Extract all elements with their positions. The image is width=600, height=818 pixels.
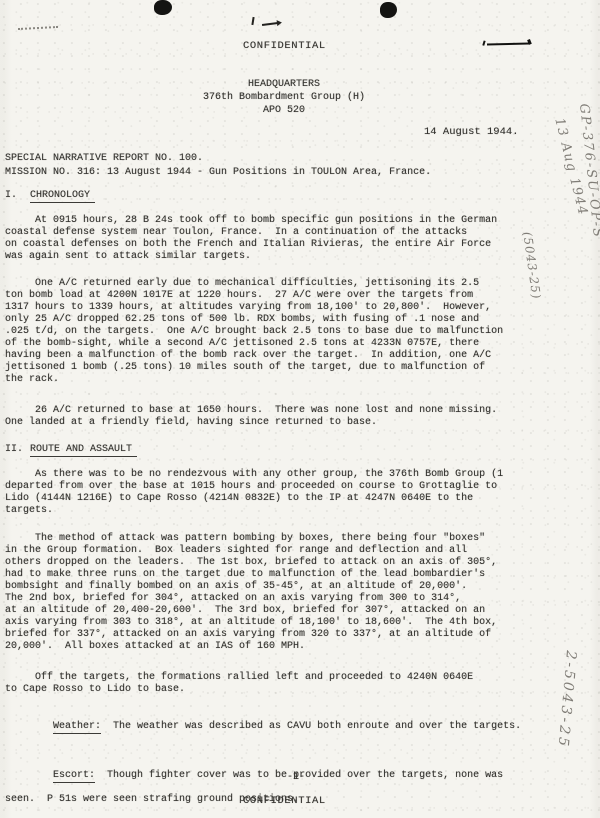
- hole-punch-right: [380, 2, 397, 18]
- paragraph-over-target: One A/C returned early due to mechanical…: [5, 278, 591, 386]
- section-number: I.: [5, 190, 30, 202]
- weather-label: Weather:: [53, 721, 101, 734]
- paragraph-route: As there was to be no rendezvous with an…: [5, 469, 591, 517]
- mission-title: MISSION NO. 316: 13 August 1944 - Gun Po…: [5, 167, 431, 179]
- hole-punch-left: [154, 0, 172, 15]
- weather-text: The weather was described as CAVU both e…: [101, 721, 521, 732]
- pen-tick-mark: [251, 17, 254, 25]
- letterhead-organization: HEADQUARTERS: [203, 78, 365, 91]
- letterhead: HEADQUARTERS 376th Bombardment Group (H)…: [203, 78, 365, 117]
- paragraph-rally: Off the targets, the formations rallied …: [5, 672, 591, 696]
- pen-scribble-mark: [18, 26, 58, 30]
- paragraph-return: 26 A/C returned to base at 1650 hours. T…: [5, 405, 591, 429]
- section-heading-chronology: I.CHRONOLOGY: [5, 190, 591, 202]
- report-title: SPECIAL NARRATIVE REPORT NO. 100.: [5, 153, 203, 165]
- classification-banner-top: CONFIDENTIAL: [243, 40, 326, 52]
- page-number: -1-: [287, 772, 305, 784]
- section-heading-label: CHRONOLOGY: [30, 190, 95, 203]
- section-heading-route-assault: II.ROUTE AND ASSAULT: [5, 444, 591, 456]
- report-body: I.CHRONOLOGY At 0915 hours, 28 B 24s too…: [5, 190, 591, 818]
- paragraph-attack-method: The method of attack was pattern bombing…: [5, 533, 591, 653]
- paragraph-takeoff: At 0915 hours, 28 B 24s took off to bomb…: [5, 215, 591, 263]
- letterhead-apo: APO 520: [203, 104, 365, 117]
- section-heading-label: ROUTE AND ASSAULT: [30, 444, 137, 457]
- escort-label: Escort:: [53, 770, 95, 783]
- document-page: GP-376-SU-OP-S 13 Aug 1944 (5043-25) 2-5…: [0, 0, 600, 818]
- document-date: 14 August 1944.: [424, 126, 519, 138]
- pen-line-mark: [487, 42, 529, 45]
- letterhead-unit: 376th Bombardment Group (H): [203, 91, 365, 104]
- classification-banner-bottom: CONFIDENTIAL: [243, 795, 326, 807]
- subsection-weather: Weather: The weather was described as CA…: [5, 709, 591, 745]
- pen-arrow-mark: [262, 22, 278, 26]
- section-number: II.: [5, 444, 30, 456]
